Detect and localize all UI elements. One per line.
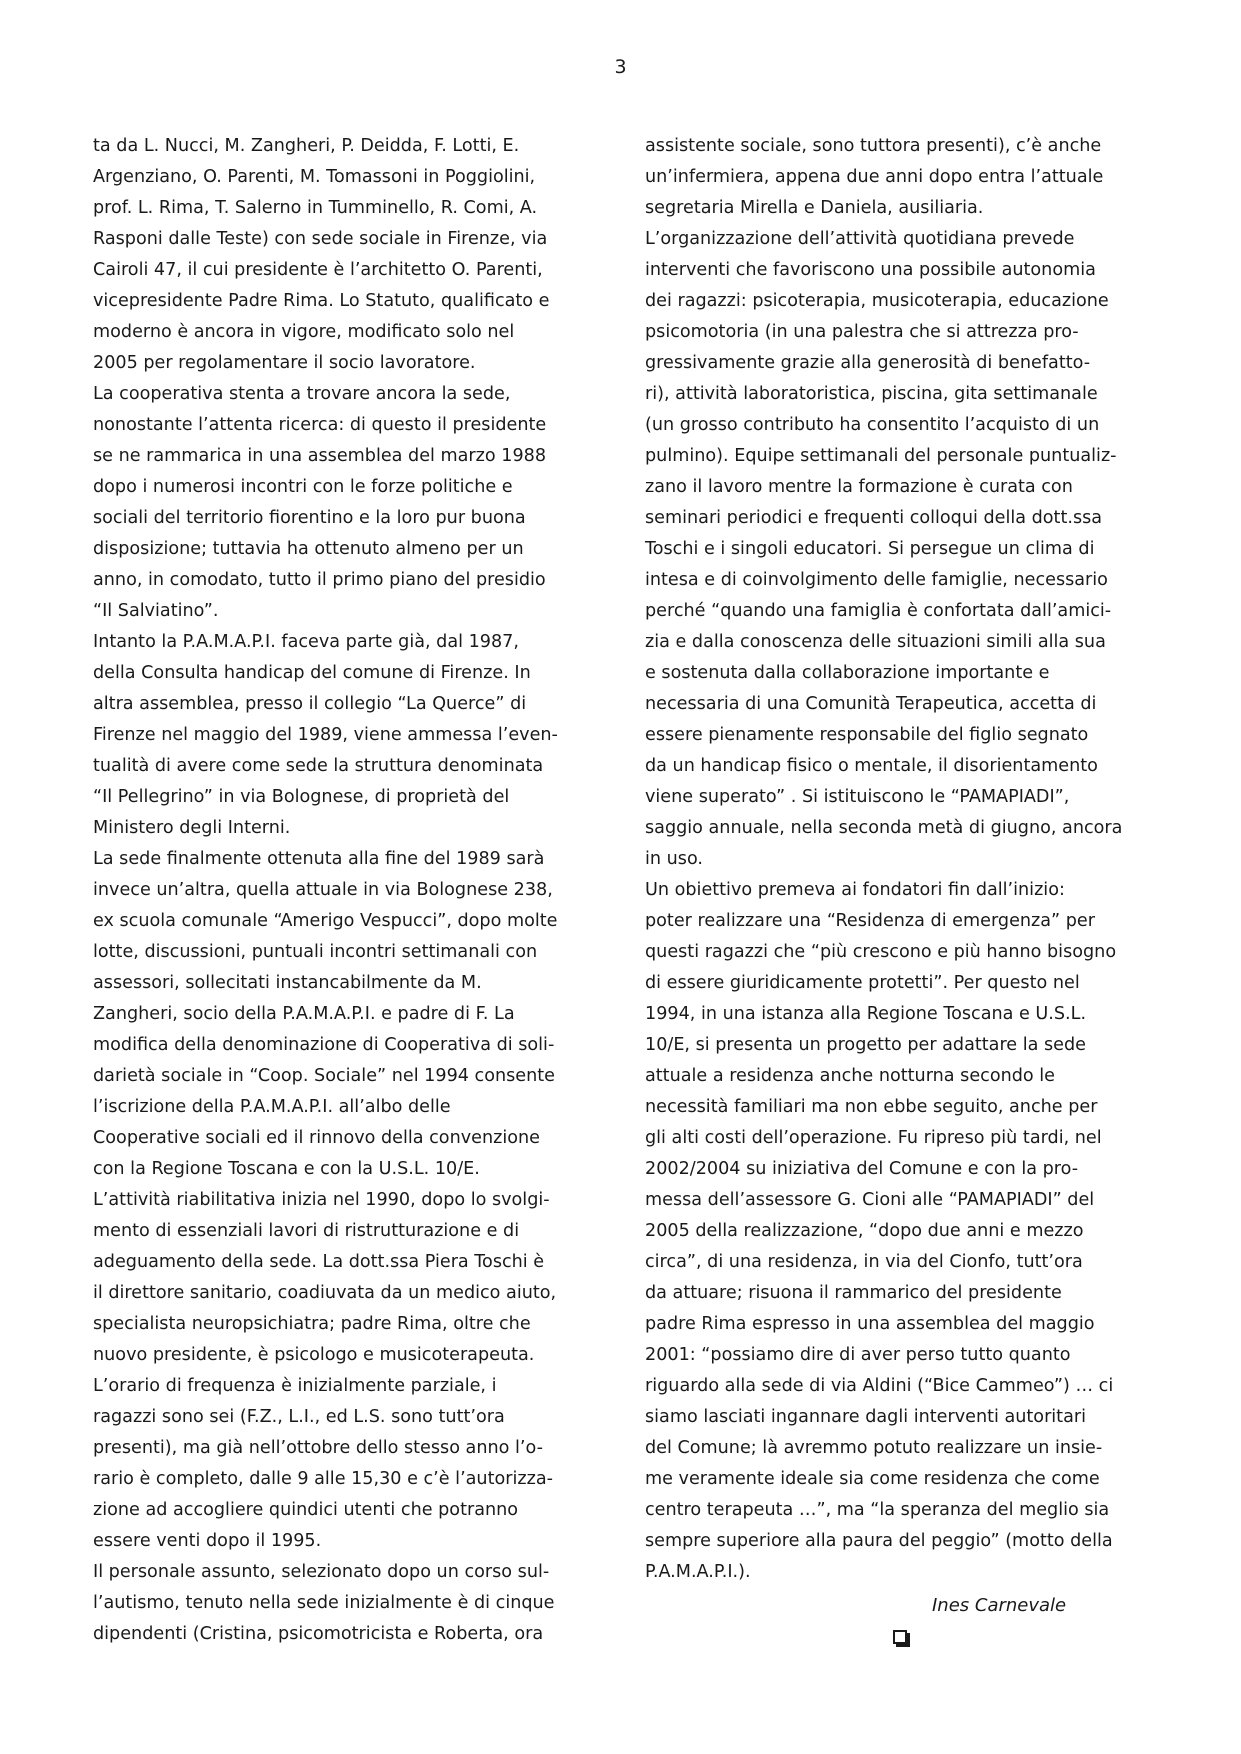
text-line: psicomotoria (in una palestra che si att…: [645, 317, 1185, 348]
text-line: ta da L. Nucci, M. Zangheri, P. Deidda, …: [93, 131, 633, 162]
author-signature: Ines Carnevale: [932, 1595, 1066, 1616]
text-line: dipendenti (Cristina, psicomotricista e …: [93, 1619, 633, 1650]
text-line: Zangheri, socio della P.A.M.A.P.I. e pad…: [93, 999, 633, 1030]
text-line: dei ragazzi: psicoterapia, musicoterapia…: [645, 286, 1185, 317]
square-end-mark-icon: [893, 1630, 907, 1644]
text-line: seminari periodici e frequenti colloqui …: [645, 503, 1185, 534]
text-line: specialista neuropsichiatra; padre Rima,…: [93, 1309, 633, 1340]
page-number: 3: [0, 56, 1241, 78]
text-line: 2002/2004 su iniziativa del Comune e con…: [645, 1154, 1185, 1185]
text-line: L’organizzazione dell’attività quotidian…: [645, 224, 1185, 255]
text-line: prof. L. Rima, T. Salerno in Tumminello,…: [93, 193, 633, 224]
text-line: invece un’altra, quella attuale in via B…: [93, 875, 633, 906]
text-line: 2005 per regolamentare il socio lavorato…: [93, 348, 633, 379]
text-line: viene superato” . Si istituiscono le “PA…: [645, 782, 1185, 813]
text-line: della Consulta handicap del comune di Fi…: [93, 658, 633, 689]
text-line: sempre superiore alla paura del peggio” …: [645, 1526, 1185, 1557]
text-line: La sede finalmente ottenuta alla fine de…: [93, 844, 633, 875]
text-line: Cairoli 47, il cui presidente è l’archit…: [93, 255, 633, 286]
text-line: altra assemblea, presso il collegio “La …: [93, 689, 633, 720]
text-line: segretaria Mirella e Daniela, ausiliaria…: [645, 193, 1185, 224]
text-line: da un handicap fisico o mentale, il diso…: [645, 751, 1185, 782]
text-line: necessaria di una Comunità Terapeutica, …: [645, 689, 1185, 720]
text-line: circa”, di una residenza, in via del Cio…: [645, 1247, 1185, 1278]
text-line: nuovo presidente, è psicologo e musicote…: [93, 1340, 633, 1371]
text-line: se ne rammarica in una assemblea del mar…: [93, 441, 633, 472]
text-line: gli alti costi dell’operazione. Fu ripre…: [645, 1123, 1185, 1154]
text-line: il direttore sanitario, coadiuvata da un…: [93, 1278, 633, 1309]
text-line: 2005 della realizzazione, “dopo due anni…: [645, 1216, 1185, 1247]
left-column: ta da L. Nucci, M. Zangheri, P. Deidda, …: [93, 131, 633, 1650]
text-line: zia e dalla conoscenza delle situazioni …: [645, 627, 1185, 658]
text-line: l’autismo, tenuto nella sede inizialment…: [93, 1588, 633, 1619]
text-line: ragazzi sono sei (F.Z., L.I., ed L.S. so…: [93, 1402, 633, 1433]
text-line: pulmino). Equipe settimanali del persona…: [645, 441, 1185, 472]
text-line: (un grosso contributo ha consentito l’ac…: [645, 410, 1185, 441]
text-line: anno, in comodato, tutto il primo piano …: [93, 565, 633, 596]
text-line: messa dell’assessore G. Cioni alle “PAMA…: [645, 1185, 1185, 1216]
text-line: di essere giuridicamente protetti”. Per …: [645, 968, 1185, 999]
text-line: P.A.M.A.P.I.).: [645, 1557, 1185, 1588]
text-line: intesa e di coinvolgimento delle famigli…: [645, 565, 1185, 596]
text-line: attuale a residenza anche notturna secon…: [645, 1061, 1185, 1092]
text-line: “Il Pellegrino” in via Bolognese, di pro…: [93, 782, 633, 813]
text-line: Rasponi dalle Teste) con sede sociale in…: [93, 224, 633, 255]
text-line: sociali del territorio fiorentino e la l…: [93, 503, 633, 534]
text-line: questi ragazzi che “più crescono e più h…: [645, 937, 1185, 968]
text-line: Intanto la P.A.M.A.P.I. faceva parte già…: [93, 627, 633, 658]
text-line: ri), attività laboratoristica, piscina, …: [645, 379, 1185, 410]
text-line: perché “quando una famiglia è confortata…: [645, 596, 1185, 627]
text-line: da attuare; risuona il rammarico del pre…: [645, 1278, 1185, 1309]
text-line: Il personale assunto, selezionato dopo u…: [93, 1557, 633, 1588]
text-line: un’infermiera, appena due anni dopo entr…: [645, 162, 1185, 193]
text-line: Toschi e i singoli educatori. Si persegu…: [645, 534, 1185, 565]
text-line: vicepresidente Padre Rima. Lo Statuto, q…: [93, 286, 633, 317]
text-line: poter realizzare una “Residenza di emerg…: [645, 906, 1185, 937]
text-line: gressivamente grazie alla generosità di …: [645, 348, 1185, 379]
text-line: tualità di avere come sede la struttura …: [93, 751, 633, 782]
text-line: in uso.: [645, 844, 1185, 875]
text-line: 1994, in una istanza alla Regione Toscan…: [645, 999, 1185, 1030]
text-line: del Comune; là avremmo potuto realizzare…: [645, 1433, 1185, 1464]
text-line: Un obiettivo premeva ai fondatori fin da…: [645, 875, 1185, 906]
right-column: assistente sociale, sono tuttora present…: [645, 131, 1185, 1588]
text-line: zano il lavoro mentre la formazione è cu…: [645, 472, 1185, 503]
text-line: l’iscrizione della P.A.M.A.P.I. all’albo…: [93, 1092, 633, 1123]
text-line: darietà sociale in “Coop. Sociale” nel 1…: [93, 1061, 633, 1092]
text-line: siamo lasciati ingannare dagli intervent…: [645, 1402, 1185, 1433]
text-line: mento di essenziali lavori di ristruttur…: [93, 1216, 633, 1247]
text-line: riguardo alla sede di via Aldini (“Bice …: [645, 1371, 1185, 1402]
text-line: moderno è ancora in vigore, modificato s…: [93, 317, 633, 348]
text-line: e sostenuta dalla collaborazione importa…: [645, 658, 1185, 689]
text-line: disposizione; tuttavia ha ottenuto almen…: [93, 534, 633, 565]
text-line: assessori, sollecitati instancabilmente …: [93, 968, 633, 999]
text-line: dopo i numerosi incontri con le forze po…: [93, 472, 633, 503]
text-line: Cooperative sociali ed il rinnovo della …: [93, 1123, 633, 1154]
text-line: presenti), ma già nell’ottobre dello ste…: [93, 1433, 633, 1464]
text-line: ex scuola comunale “Amerigo Vespucci”, d…: [93, 906, 633, 937]
text-line: me veramente ideale sia come residenza c…: [645, 1464, 1185, 1495]
text-line: necessità familiari ma non ebbe seguito,…: [645, 1092, 1185, 1123]
text-line: rario è completo, dalle 9 alle 15,30 e c…: [93, 1464, 633, 1495]
text-line: L’attività riabilitativa inizia nel 1990…: [93, 1185, 633, 1216]
text-line: Firenze nel maggio del 1989, viene ammes…: [93, 720, 633, 751]
text-line: La cooperativa stenta a trovare ancora l…: [93, 379, 633, 410]
text-line: Ministero degli Interni.: [93, 813, 633, 844]
text-line: essere venti dopo il 1995.: [93, 1526, 633, 1557]
text-line: padre Rima espresso in una assemblea del…: [645, 1309, 1185, 1340]
text-line: nonostante l’attenta ricerca: di questo …: [93, 410, 633, 441]
text-line: L’orario di frequenza è inizialmente par…: [93, 1371, 633, 1402]
text-line: con la Regione Toscana e con la U.S.L. 1…: [93, 1154, 633, 1185]
text-line: zione ad accogliere quindici utenti che …: [93, 1495, 633, 1526]
text-line: Argenziano, O. Parenti, M. Tomassoni in …: [93, 162, 633, 193]
text-line: centro terapeuta …”, ma “la speranza del…: [645, 1495, 1185, 1526]
text-line: saggio annuale, nella seconda metà di gi…: [645, 813, 1185, 844]
text-line: 2001: “possiamo dire di aver perso tutto…: [645, 1340, 1185, 1371]
text-line: lotte, discussioni, puntuali incontri se…: [93, 937, 633, 968]
text-line: 10/E, si presenta un progetto per adatta…: [645, 1030, 1185, 1061]
text-line: “Il Salviatino”.: [93, 596, 633, 627]
text-line: interventi che favoriscono una possibile…: [645, 255, 1185, 286]
text-line: adeguamento della sede. La dott.ssa Pier…: [93, 1247, 633, 1278]
text-line: modifica della denominazione di Cooperat…: [93, 1030, 633, 1061]
text-line: assistente sociale, sono tuttora present…: [645, 131, 1185, 162]
text-line: essere pienamente responsabile del figli…: [645, 720, 1185, 751]
